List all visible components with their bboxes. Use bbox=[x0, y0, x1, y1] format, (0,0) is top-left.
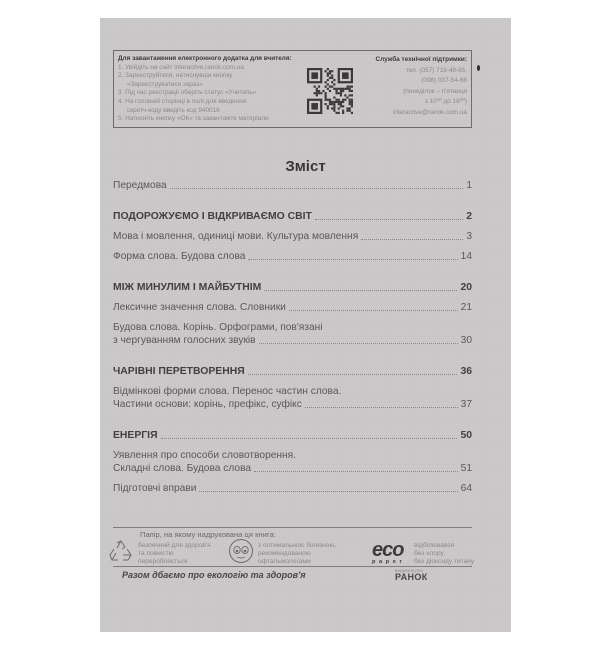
paper-feature-whiteness: з оптимальною білизною,рекомендованоюофт… bbox=[258, 542, 336, 566]
toc-entry[interactable]: Відмінкові форми слова. Перенос частин с… bbox=[113, 385, 472, 411]
support-line: з 10⁰⁰ до 18⁰⁰) bbox=[337, 97, 467, 107]
paper-feature-line: рекомендованою bbox=[258, 550, 336, 558]
toc-entry-title: ЕНЕРГІЯ bbox=[113, 429, 158, 442]
download-heading: Для завантаження електронного додатка дл… bbox=[118, 55, 308, 64]
publisher-logo: видавництво РАНОК bbox=[395, 568, 428, 582]
download-step: 2. Зареєструйтеся, натиснувши кнопку bbox=[118, 72, 308, 81]
toc-entry-title: Передмова bbox=[113, 179, 167, 192]
book-page: Для завантаження електронного додатка дл… bbox=[100, 18, 511, 632]
support-line: (098) 037-54-68 bbox=[337, 76, 467, 86]
leader-dots bbox=[161, 438, 458, 439]
toc-page-number: 51 bbox=[461, 462, 472, 475]
toc-entry-line: Уявлення про способи словотворення. bbox=[113, 449, 472, 462]
eco-word: eco bbox=[372, 541, 405, 559]
toc-entry-title: Частини основи: корінь, префікс, суфікс bbox=[113, 398, 302, 411]
leader-dots bbox=[305, 407, 458, 408]
paper-feature-line: з оптимальною білизною, bbox=[258, 542, 336, 550]
toc-entry[interactable]: Форма слова. Будова слова14 bbox=[113, 250, 472, 263]
toc-entry-title: ПОДОРОЖУЄМО І ВІДКРИВАЄМО СВІТ bbox=[113, 210, 312, 223]
toc-entry-title: Форма слова. Будова слова bbox=[113, 250, 245, 263]
paper-feature-line: офтальмологами bbox=[258, 558, 336, 566]
footer-divider-top bbox=[113, 527, 472, 528]
toc-page-number: 3 bbox=[466, 230, 472, 243]
toc-entry[interactable]: Підготовчі вправи64 bbox=[113, 482, 472, 495]
leader-dots bbox=[315, 219, 463, 220]
leader-dots bbox=[289, 310, 458, 311]
toc-page-number: 20 bbox=[460, 281, 472, 294]
toc-entry[interactable]: Уявлення про способи словотворення.Склад… bbox=[113, 449, 472, 475]
leader-dots bbox=[361, 239, 463, 240]
toc-page-number: 21 bbox=[461, 301, 472, 314]
leader-dots bbox=[254, 471, 458, 472]
toc-entry-title: Лексичне значення слова. Словники bbox=[113, 301, 286, 314]
leader-dots bbox=[248, 259, 457, 260]
teacher-download-info-box: Для завантаження електронного додатка дл… bbox=[113, 50, 472, 128]
toc-gap bbox=[113, 354, 472, 365]
download-instructions: Для завантаження електронного додатка дл… bbox=[118, 55, 308, 124]
eco-sub: paper bbox=[372, 559, 405, 565]
toc-entry-title: Складні слова. Будова слова bbox=[113, 462, 251, 475]
leader-dots bbox=[264, 290, 457, 291]
toc-gap bbox=[113, 418, 472, 429]
support-line[interactable]: interactive@ranok.com.ua bbox=[337, 108, 467, 118]
toc-page-number: 14 bbox=[461, 250, 472, 263]
smiley-eyes-icon bbox=[228, 538, 254, 564]
download-step: 3. Під час реєстрації оберіть статус «Уч… bbox=[118, 89, 308, 98]
download-steps: 1. Увійдіть на сайт interactive.ranok.co… bbox=[118, 64, 308, 124]
toc-page-number: 36 bbox=[460, 365, 472, 378]
toc-section[interactable]: ПОДОРОЖУЄМО І ВІДКРИВАЄМО СВІТ2 bbox=[113, 210, 472, 223]
paper-feature-line: та повністю bbox=[138, 550, 211, 558]
toc-gap bbox=[113, 199, 472, 210]
leader-dots bbox=[199, 491, 457, 492]
toc-page-number: 37 bbox=[461, 398, 472, 411]
download-step: 1. Увійдіть на сайт interactive.ranok.co… bbox=[118, 64, 308, 73]
toc-entry-title: Мова і мовлення, одиниці мови. Культура … bbox=[113, 230, 358, 243]
toc-page-number: 1 bbox=[466, 179, 472, 192]
toc-section[interactable]: ЧАРІВНІ ПЕРЕТВОРЕННЯ36 bbox=[113, 365, 472, 378]
paper-feature-line: без хлору, bbox=[414, 550, 474, 558]
tech-support-info: Служба технічної підтримки: тел. (057) 7… bbox=[337, 55, 467, 118]
toc-section[interactable]: ЕНЕРГІЯ50 bbox=[113, 429, 472, 442]
eco-paper-logo: eco paper bbox=[372, 541, 405, 565]
toc-entry-line: Відмінкові форми слова. Перенос частин с… bbox=[113, 385, 472, 398]
support-heading: Служба технічної підтримки: bbox=[337, 55, 467, 64]
toc-entry-line: Будова слова. Корінь. Орфограми, пов'яза… bbox=[113, 321, 472, 334]
toc-entry[interactable]: Мова і мовлення, одиниці мови. Культура … bbox=[113, 230, 472, 243]
toc-title: Зміст bbox=[100, 158, 511, 175]
leader-dots bbox=[259, 343, 458, 344]
download-step: 4. На головній сторінці в полі для введе… bbox=[118, 98, 308, 107]
paper-feature-line: переробляється bbox=[138, 558, 211, 566]
paper-feature-recyclable: безпечний для здоров'ята повністюперероб… bbox=[138, 542, 211, 566]
paper-feature-chlorine-free: відбілювавсябез хлору,без діоксиду титан… bbox=[414, 542, 474, 566]
paper-feature-line: безпечний для здоров'я bbox=[138, 542, 211, 550]
toc-page-number: 30 bbox=[461, 334, 472, 347]
toc-entry-title: ЧАРІВНІ ПЕРЕТВОРЕННЯ bbox=[113, 365, 245, 378]
toc-page-number: 2 bbox=[466, 210, 472, 223]
toc-entry[interactable]: Лексичне значення слова. Словники21 bbox=[113, 301, 472, 314]
leader-dots bbox=[170, 188, 464, 189]
support-contacts: тел. (057) 719-48-65,(098) 037-54-68(пон… bbox=[337, 66, 467, 118]
paper-feature-line: без діоксиду титану bbox=[414, 558, 474, 566]
toc-entry-title: з чергуванням голосних звуків bbox=[113, 334, 256, 347]
publisher-name: РАНОК bbox=[395, 573, 428, 582]
ink-mark bbox=[477, 65, 480, 71]
toc-page-number: 50 bbox=[460, 429, 472, 442]
toc-entry[interactable]: Передмова1 bbox=[113, 179, 472, 192]
support-line: тел. (057) 719-48-65, bbox=[337, 66, 467, 76]
table-of-contents: Передмова1ПОДОРОЖУЄМО І ВІДКРИВАЄМО СВІТ… bbox=[113, 179, 472, 502]
download-step: 5. Натисніть кнопку «ОК» та завантажте м… bbox=[118, 115, 308, 124]
toc-page-number: 64 bbox=[461, 482, 472, 495]
toc-section[interactable]: МІЖ МИНУЛИМ І МАЙБУТНІМ20 bbox=[113, 281, 472, 294]
support-line: (понеділок – п'ятниця bbox=[337, 87, 467, 97]
toc-gap bbox=[113, 270, 472, 281]
eco-slogan: Разом дбаємо про екологію та здоров'я bbox=[122, 570, 306, 580]
paper-feature-line: відбілювався bbox=[414, 542, 474, 550]
toc-entry-title: Підготовчі вправи bbox=[113, 482, 196, 495]
footer-divider-bottom bbox=[113, 566, 472, 567]
toc-entry[interactable]: Будова слова. Корінь. Орфограми, пов'яза… bbox=[113, 321, 472, 347]
toc-entry-title: МІЖ МИНУЛИМ І МАЙБУТНІМ bbox=[113, 281, 261, 294]
recycle-icon bbox=[108, 540, 134, 564]
leader-dots bbox=[248, 374, 458, 375]
paper-heading: Папір, на якому надрукована ця книга: bbox=[140, 530, 276, 539]
download-step: скретч-коду введіть код 940016 bbox=[118, 107, 308, 116]
